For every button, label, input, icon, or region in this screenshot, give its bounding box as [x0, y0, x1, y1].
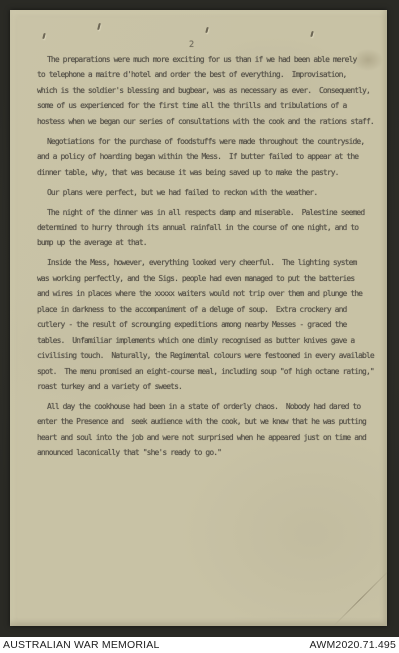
page-corner-crease — [334, 570, 390, 626]
document-text: The preparations were much more exciting… — [37, 52, 382, 461]
scanner-background-mat: 2 The preparations were much more exciti… — [0, 0, 399, 637]
pin-hole-mark — [205, 27, 208, 33]
accession-number-label: AWM2020.71.495 — [310, 639, 396, 651]
pin-hole-mark — [42, 33, 45, 39]
scanned-document-view: 2 The preparations were much more exciti… — [0, 0, 399, 653]
pin-hole-mark — [97, 23, 101, 30]
paragraph: The preparations were much more exciting… — [37, 52, 382, 129]
footer-bar: AUSTRALIAN WAR MEMORIAL AWM2020.71.495 — [0, 637, 399, 653]
paragraph: Negotiations for the purchase of foodstu… — [37, 134, 382, 180]
paragraph: Our plans were perfect, but we had faile… — [37, 185, 382, 200]
pin-hole-mark — [310, 31, 313, 37]
paragraph: The night of the dinner was in all respe… — [37, 205, 382, 251]
paragraph: All day the cookhouse had been in a stat… — [37, 399, 382, 461]
page-number: 2 — [10, 40, 373, 50]
paragraph: Inside the Mess, however, everything loo… — [37, 255, 382, 394]
document-page: 2 The preparations were much more exciti… — [10, 10, 387, 626]
archive-name-label: AUSTRALIAN WAR MEMORIAL — [3, 639, 159, 651]
